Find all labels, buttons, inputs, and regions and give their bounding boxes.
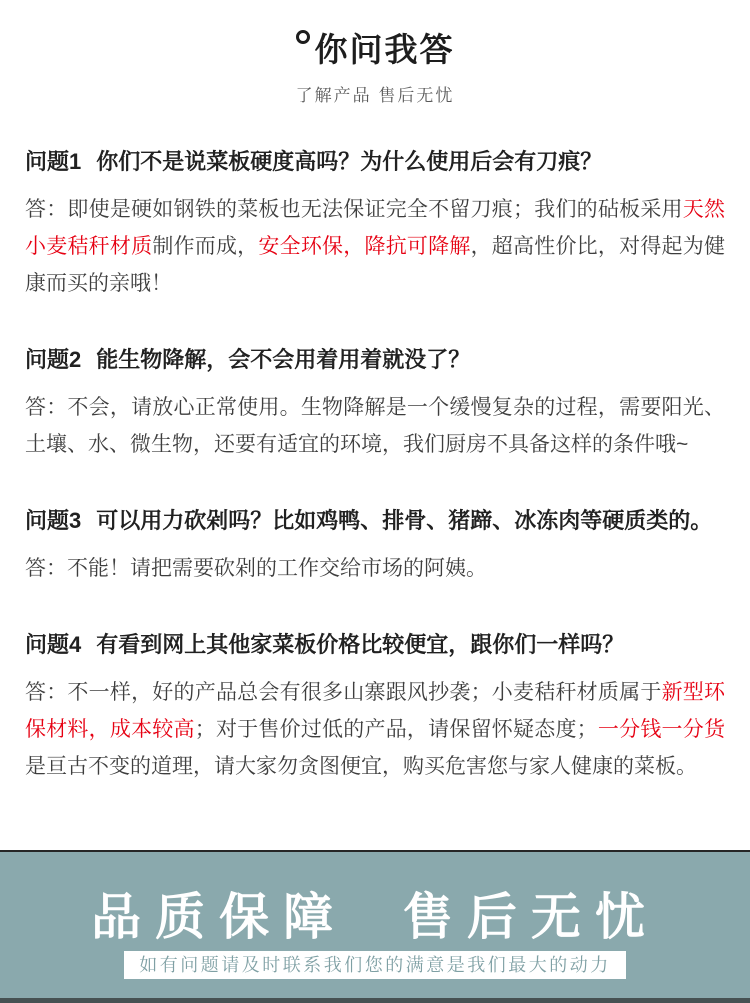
degree-circle-icon — [296, 30, 310, 44]
answer-segment: 制作而成， — [152, 235, 258, 258]
answer-segment: 答：不能！请把需要砍剁的工作交给市场的阿姨。 — [25, 557, 487, 580]
faq-question: 问题2能生物降解，会不会用着用着就没了？ — [25, 346, 725, 374]
faq-header: 你问我答 了解产品 售后无忧 — [0, 0, 750, 106]
title-row: 你问我答 — [296, 28, 455, 72]
bottom-edge-bar — [0, 998, 750, 1003]
faq-answer: 答：不一样，好的产品总会有很多山寨跟风抄袭；小麦秸秆材质属于新型环保材料，成本较… — [25, 674, 725, 785]
faq-list: 问题1你们不是说菜板硬度高吗？为什么使用后会有刀痕？答：即使是硬如钢铁的菜板也无… — [0, 106, 750, 785]
faq-question-number: 问题4 — [25, 632, 81, 657]
faq-question-number: 问题3 — [25, 508, 81, 533]
product-faq-page: 你问我答 了解产品 售后无忧 问题1你们不是说菜板硬度高吗？为什么使用后会有刀痕… — [0, 0, 750, 1003]
banner-subtitle-strip: 如有问题请及时联系我们您的满意是我们最大的动力 — [124, 951, 626, 979]
faq-item: 问题1你们不是说菜板硬度高吗？为什么使用后会有刀痕？答：即使是硬如钢铁的菜板也无… — [25, 148, 725, 302]
answer-segment: 安全环保，降抗可降解 — [258, 235, 470, 258]
page-title: 你问我答 — [315, 28, 455, 72]
answer-segment: 答：不会，请放心正常使用。生物降解是一个缓慢复杂的过程，需要阳光、土壤、水、微生… — [25, 396, 725, 456]
answer-segment: 答：不一样，好的产品总会有很多山寨跟风抄袭；小麦秸秆材质属于 — [25, 681, 662, 704]
faq-item: 问题3可以用力砍剁吗？比如鸡鸭、排骨、猪蹄、冰冻肉等硬质类的。答：不能！请把需要… — [25, 507, 725, 587]
faq-answer: 答：不能！请把需要砍剁的工作交给市场的阿姨。 — [25, 550, 725, 587]
faq-question-number: 问题2 — [25, 347, 81, 372]
page-subtitle: 了解产品 售后无忧 — [0, 81, 750, 106]
banner-subtitle: 如有问题请及时联系我们您的满意是我们最大的动力 — [139, 955, 611, 975]
faq-item: 问题2能生物降解，会不会用着用着就没了？答：不会，请放心正常使用。生物降解是一个… — [25, 346, 725, 463]
answer-segment: ；对于售价过低的产品，请保留怀疑态度； — [195, 718, 598, 741]
answer-segment: 是亘古不变的道理，请大家勿贪图便宜，购买危害您与家人健康的菜板。 — [25, 755, 697, 778]
faq-answer: 答：不会，请放心正常使用。生物降解是一个缓慢复杂的过程，需要阳光、土壤、水、微生… — [25, 389, 725, 463]
faq-question: 问题4有看到网上其他家菜板价格比较便宜，跟你们一样吗？ — [25, 631, 725, 659]
quality-banner: 品质保障 售后无忧 如有问题请及时联系我们您的满意是我们最大的动力 — [0, 852, 750, 998]
faq-question-number: 问题1 — [25, 149, 81, 174]
faq-question: 问题1你们不是说菜板硬度高吗？为什么使用后会有刀痕？ — [25, 148, 725, 176]
faq-item: 问题4有看到网上其他家菜板价格比较便宜，跟你们一样吗？答：不一样，好的产品总会有… — [25, 631, 725, 785]
footer: 品质保障 售后无忧 如有问题请及时联系我们您的满意是我们最大的动力 — [0, 850, 750, 1003]
faq-question-text: 能生物降解，会不会用着用着就没了？ — [96, 347, 470, 372]
faq-question-text: 有看到网上其他家菜板价格比较便宜，跟你们一样吗？ — [96, 632, 624, 657]
faq-question: 问题3可以用力砍剁吗？比如鸡鸭、排骨、猪蹄、冰冻肉等硬质类的。 — [25, 507, 725, 535]
faq-question-text: 你们不是说菜板硬度高吗？为什么使用后会有刀痕？ — [96, 149, 602, 174]
banner-title: 品质保障 售后无忧 — [0, 852, 750, 946]
answer-segment: 一分钱一分货 — [598, 718, 725, 741]
answer-segment: 答：即使是硬如钢铁的菜板也无法保证完全不留刀痕；我们的砧板采用 — [25, 198, 683, 221]
faq-answer: 答：即使是硬如钢铁的菜板也无法保证完全不留刀痕；我们的砧板采用天然小麦秸秆材质制… — [25, 191, 725, 302]
faq-question-text: 可以用力砍剁吗？比如鸡鸭、排骨、猪蹄、冰冻肉等硬质类的。 — [96, 508, 712, 533]
